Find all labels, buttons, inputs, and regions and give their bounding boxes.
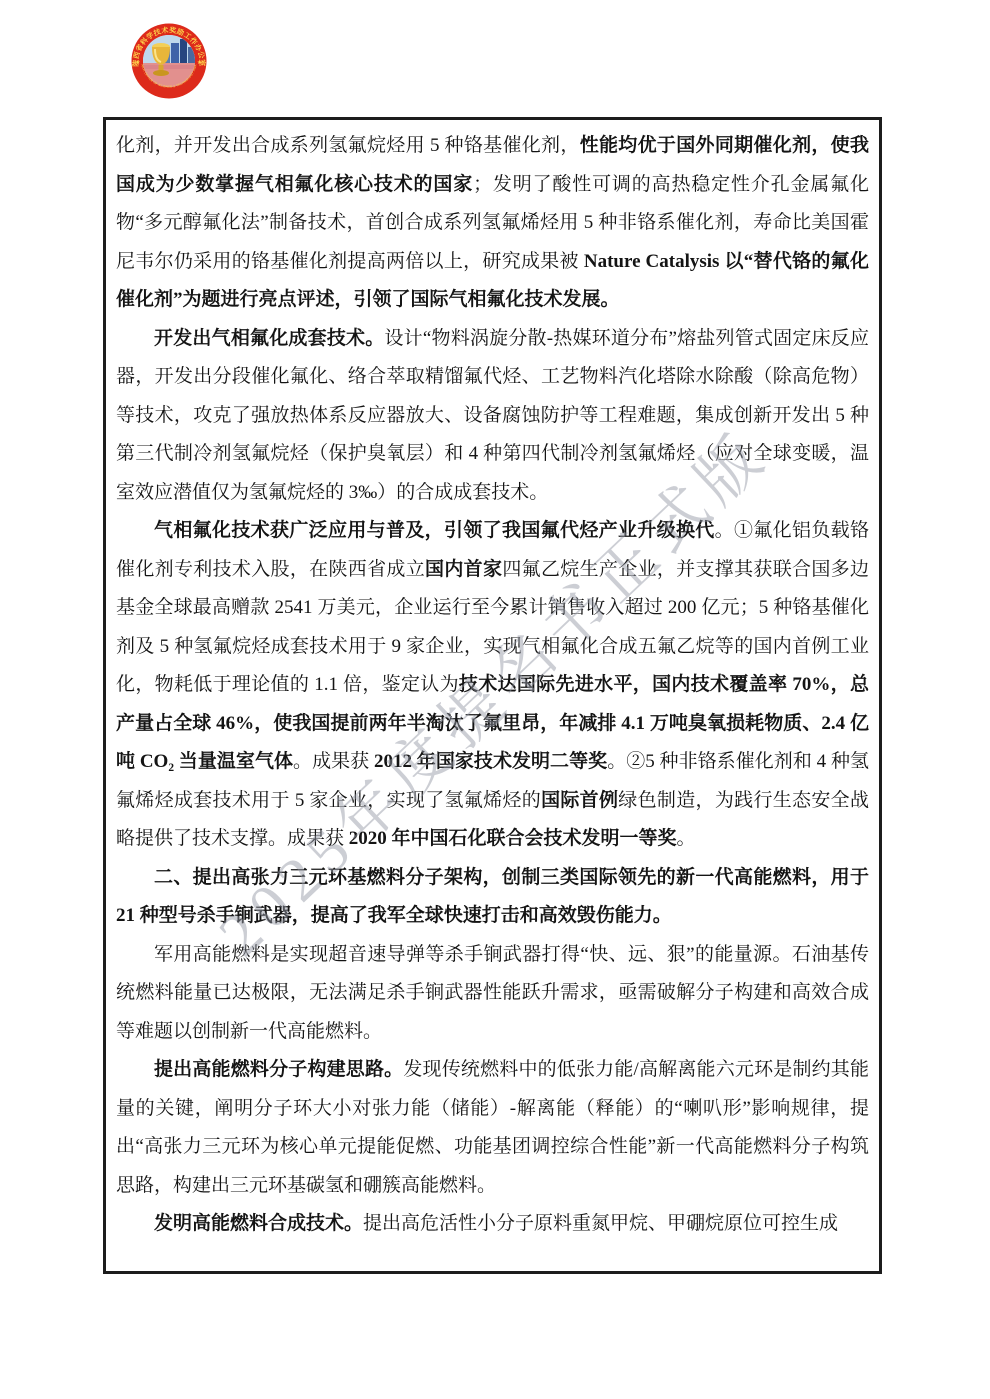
- seal-star-right-icon: ★: [197, 59, 202, 66]
- text-run-bold: 二、提出高张力三元环基燃料分子架构，创制三类国际领先的新一代高能燃料，用于 21…: [116, 867, 869, 927]
- content-border-box: 化剂，并开发出合成系列氢氟烷烃用 5 种铬基催化剂，性能均优于国外同期催化剂，使…: [103, 117, 882, 1274]
- award-office-seal: 陕西省科学技术奖励工作办公室 SHAANXI OFFICE OF SCIENCE…: [131, 23, 207, 99]
- document-page: 陕西省科学技术奖励工作办公室 SHAANXI OFFICE OF SCIENCE…: [0, 0, 990, 1399]
- paragraph: 开发出气相氟化成套技术。设计“物料涡旋分散-热媒环道分布”熔盐列管式固定床反应器…: [116, 320, 869, 513]
- document-body: 化剂，并开发出合成系列氢氟烷烃用 5 种铬基催化剂，性能均优于国外同期催化剂，使…: [116, 127, 869, 1244]
- seal-graphic: 陕西省科学技术奖励工作办公室 SHAANXI OFFICE OF SCIENCE…: [131, 23, 207, 99]
- paragraph: 气相氟化技术获广泛应用与普及，引领了我国氟代烃产业升级换代。①氟化铝负载铬催化剂…: [116, 512, 869, 859]
- text-run: 。: [677, 828, 696, 849]
- text-run-bold: 国内首家: [425, 559, 502, 580]
- text-run: 。成果获: [293, 751, 374, 772]
- paragraph: 发明高能燃料合成技术。提出高危活性小分子原料重氮甲烷、甲硼烷原位可控生成: [116, 1205, 869, 1244]
- paragraph: 军用高能燃料是实现超音速导弹等杀手锏武器打得“快、远、狠”的能量源。石油基传统燃…: [116, 936, 869, 1052]
- text-run-bold: 2012 年国家技术发明二等奖: [374, 751, 607, 772]
- text-run: 提出高危活性小分子原料重氮甲烷、甲硼烷原位可控生成: [363, 1213, 838, 1234]
- paragraph: 提出高能燃料分子构建思路。发现传统燃料中的低张力能/高解离能六元环是制约其能量的…: [116, 1051, 869, 1205]
- paragraph: 二、提出高张力三元环基燃料分子架构，创制三类国际领先的新一代高能燃料，用于 21…: [116, 859, 869, 936]
- text-run-bold: 发明高能燃料合成技术。: [154, 1213, 363, 1234]
- text-run-bold: 2020 年中国石化联合会技术发明一等奖: [349, 828, 677, 849]
- text-run-bold: 国际首例: [541, 790, 618, 811]
- text-run-bold: 气相氟化技术获广泛应用与普及，引领了我国氟代烃产业升级换代: [154, 520, 715, 541]
- text-run-bold: 开发出气相氟化成套技术。: [154, 328, 384, 349]
- text-run-bold: 提出高能燃料分子构建思路。: [154, 1059, 403, 1080]
- text-run: 军用高能燃料是实现超音速导弹等杀手锏武器打得“快、远、狠”的能量源。石油基传统燃…: [116, 944, 869, 1042]
- paragraph: 化剂，并开发出合成系列氢氟烷烃用 5 种铬基催化剂，性能均优于国外同期催化剂，使…: [116, 127, 869, 320]
- text-run: 设计“物料涡旋分散-热媒环道分布”熔盐列管式固定床反应器，开发出分段催化氟化、络…: [116, 328, 869, 503]
- text-run: 化剂，并开发出合成系列氢氟烷烃用 5 种铬基催化剂，: [116, 135, 580, 156]
- seal-star-left-icon: ★: [136, 59, 141, 66]
